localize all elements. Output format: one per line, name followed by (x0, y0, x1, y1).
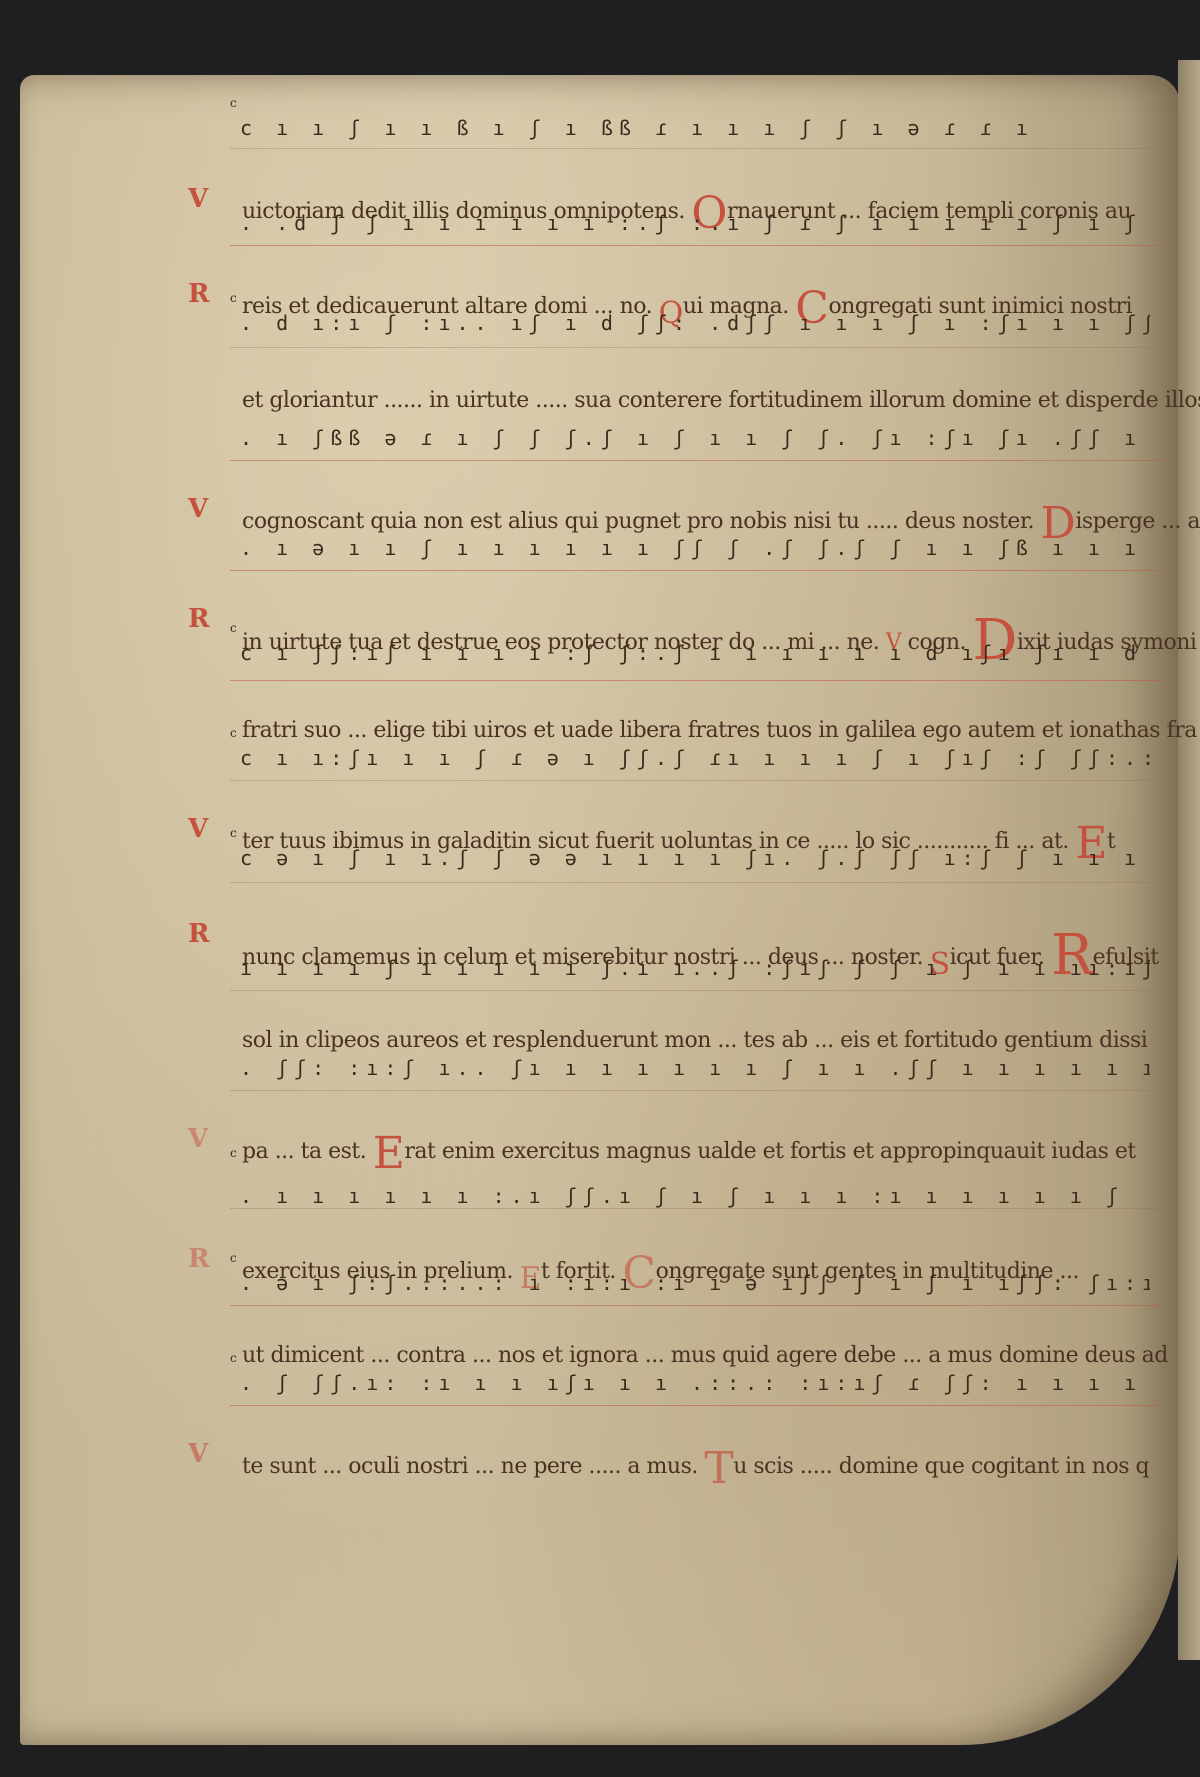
neume-row: . ı ə ı ı ʃ ı ı ı ı ı ı ʃʃ ʃ .ʃ ʃ.ʃ ʃ ı … (240, 536, 1150, 560)
staff-line (230, 347, 1160, 348)
staff-line (230, 148, 1160, 149)
chant-block-1: c c ı ı ʃ ı ı ß ı ʃ ı ßß ɾ ı ı ı ʃ ʃ ı ə… (200, 110, 1160, 220)
clef-c: c (230, 621, 237, 635)
neume-row: c ə ı ʃ ı ı.ʃ ʃ ə ə ı ı ı ı ʃı. ʃ.ʃ ʃʃ ı… (240, 846, 1150, 870)
chant-text-line: R nunc clamemus in celum et miserebitur … (200, 915, 1160, 955)
neume-staff: c c ı ı:ʃı ı ı ʃ ɾ ə ı ʃʃ.ʃ ɾı ı ı ı ʃ ı… (200, 740, 1160, 810)
chant-block-6: c c ı ʃʃ:ıʃ ı ı ı ı :ʃ ʃ:.ʃ ı ı ı ı ı ı … (200, 635, 1160, 750)
neume-staff: c c ı ı ʃ ı ı ß ı ʃ ı ßß ɾ ı ı ı ʃ ʃ ı ə… (200, 110, 1160, 180)
neume-row: c ı ı:ʃı ı ı ʃ ɾ ə ı ʃʃ.ʃ ɾı ı ı ı ʃ ı ʃ… (240, 746, 1150, 770)
chant-block-8: c c ə ı ʃ ı ı.ʃ ʃ ə ə ı ı ı ı ʃı. ʃ.ʃ ʃʃ… (200, 840, 1160, 955)
neume-staff: c . ʃ ʃʃ.ı: :ı ı ı ıʃı ı ı .::.: :ı:ıʃ ɾ… (200, 1365, 1160, 1435)
versicle-marker: V (188, 1124, 208, 1154)
chant-block-10: . ʃʃ: :ı:ʃ ı.. ʃı ı ı ı ı ı ı ʃ ı ı .ʃʃ … (200, 1050, 1160, 1160)
chant-block-9: ı ı ı ı ʃ ı ı ı ı ı ʃ.ı ı..ʃ :ʃıʃ ʃ ʃ ı … (200, 950, 1160, 1060)
staff-line (230, 460, 1160, 461)
neume-staff: . ı ʃßß ə ɾ ı ʃ ʃ ʃ.ʃ ı ʃ ı ı ʃ ʃ. ʃı :ʃ… (200, 420, 1160, 490)
staff-line (230, 1405, 1160, 1406)
clef-c: c (230, 826, 237, 840)
clef-c: c (230, 1146, 237, 1160)
neume-staff: c . ı ı ı ı ı ı :.ı ʃʃ.ı ʃ ı ʃ ı ı ı :ı … (200, 1160, 1160, 1240)
chant-block-2: . .d ʃ ʃ ı ı ı ı ı ı :.ʃ :.ı ʃ ɾ ʃ ı ı ı… (200, 205, 1160, 315)
chant-block-11: c . ı ı ı ı ı ı :.ı ʃʃ.ı ʃ ı ʃ ı ı ı :ı … (200, 1160, 1160, 1280)
neume-staff: c . ə ı ʃ:ʃ..:..: ı :ı:ı :ı ı ə ıʃʃ ʃ ı … (200, 1265, 1160, 1335)
chant-block-7: c c ı ı:ʃı ı ı ʃ ɾ ə ı ʃʃ.ʃ ɾı ı ı ı ʃ ı… (200, 740, 1160, 850)
neume-staff: . ı ə ı ı ʃ ı ı ı ı ı ı ʃʃ ʃ .ʃ ʃ.ʃ ʃ ı … (200, 530, 1160, 600)
neume-staff: c c ə ı ʃ ı ı.ʃ ʃ ə ə ı ı ı ı ʃı. ʃ.ʃ ʃʃ… (200, 840, 1160, 915)
neume-row: ı ı ı ı ʃ ı ı ı ı ı ʃ.ı ı..ʃ :ʃıʃ ʃ ʃ ı … (240, 956, 1150, 980)
staff-line (230, 1090, 1160, 1091)
neume-staff: ı ı ı ı ʃ ı ı ı ı ı ʃ.ı ı..ʃ :ʃıʃ ʃ ʃ ı … (200, 950, 1160, 1020)
neume-row: . ı ı ı ı ı ı :.ı ʃʃ.ı ʃ ı ʃ ı ı ı :ı ı … (240, 1184, 1150, 1208)
staff-line (230, 680, 1160, 681)
chant-block-4: . ı ʃßß ə ɾ ı ʃ ʃ ʃ.ʃ ı ʃ ı ı ʃ ʃ. ʃı :ʃ… (200, 420, 1160, 530)
neume-row: c ı ı ʃ ı ı ß ı ʃ ı ßß ɾ ı ı ı ʃ ʃ ı ə ɾ… (240, 116, 1150, 140)
facing-page-edge (1178, 60, 1200, 1660)
neume-row: . ı ʃßß ə ɾ ı ʃ ʃ ʃ.ʃ ı ʃ ı ı ʃ ʃ. ʃı :ʃ… (240, 426, 1150, 450)
chant-text-line: V cognoscant quia non est alius qui pugn… (200, 490, 1160, 530)
chant-text-line: R in uirtute tua et destrue eos protecto… (200, 600, 1160, 640)
clef-c: c (230, 1251, 237, 1265)
versicle-marker: V (188, 1439, 208, 1469)
neume-staff: c . d ı:ı ʃ :ı.. ıʃ ı d ʃʃ: .dʃʃ ı ı ı ʃ… (200, 305, 1160, 380)
chant-text: et gloriantur ...... in uirtute ..... su… (242, 388, 1200, 413)
staff-line (230, 780, 1160, 781)
chant-text-line: V pa ... ta est. Erat enim exercitus mag… (200, 1120, 1160, 1160)
rubricated-initial: T (704, 1443, 733, 1494)
neume-row: . ə ı ʃ:ʃ..:..: ı :ı:ı :ı ı ə ıʃʃ ʃ ı ʃ … (240, 1271, 1150, 1295)
staff-line (230, 1208, 1160, 1209)
staff-line (230, 245, 1160, 246)
chant-text-line: et gloriantur ...... in uirtute ..... su… (200, 380, 1160, 420)
neume-row: c ı ʃʃ:ıʃ ı ı ı ı :ʃ ʃ:.ʃ ı ı ı ı ı ı d … (240, 641, 1150, 665)
staff-line (230, 882, 1160, 883)
chant-block-13: c . ʃ ʃʃ.ı: :ı ı ı ıʃı ı ı .::.: :ı:ıʃ ɾ… (200, 1365, 1160, 1475)
clef-c: c (230, 1351, 237, 1365)
neume-staff: c c ı ʃʃ:ıʃ ı ı ı ı :ʃ ʃ:.ʃ ı ı ı ı ı ı … (200, 635, 1160, 710)
neume-staff: . ʃʃ: :ı:ʃ ı.. ʃı ı ı ı ı ı ı ʃ ı ı .ʃʃ … (200, 1050, 1160, 1120)
chant-text: te sunt ... oculi nostri ... ne pere ...… (242, 1454, 698, 1479)
staff-line (230, 990, 1160, 991)
staff-line (230, 1305, 1160, 1306)
staff-line (230, 570, 1160, 571)
chant-block-5: . ı ə ı ı ʃ ı ı ı ı ı ı ʃʃ ʃ .ʃ ʃ.ʃ ʃ ı … (200, 530, 1160, 640)
response-marker: R (188, 919, 209, 949)
neume-row: . ʃʃ: :ı:ʃ ı.. ʃı ı ı ı ı ı ı ʃ ı ı .ʃʃ … (240, 1056, 1150, 1080)
clef-c: c (230, 726, 237, 740)
clef-c: c (230, 96, 237, 110)
neume-row: . .d ʃ ʃ ı ı ı ı ı ı :.ʃ :.ı ʃ ɾ ʃ ı ı ı… (240, 211, 1150, 235)
neume-row: . d ı:ı ʃ :ı.. ıʃ ı d ʃʃ: .dʃʃ ı ı ı ʃ ı… (240, 311, 1150, 335)
chant-block-12: c . ə ı ʃ:ʃ..:..: ı :ı:ı :ı ı ə ıʃʃ ʃ ı … (200, 1265, 1160, 1375)
chant-text: u scis ..... domine que cogitant in nos … (733, 1454, 1149, 1479)
chant-block-3: c . d ı:ı ʃ :ı.. ıʃ ı d ʃʃ: .dʃʃ ı ı ı ʃ… (200, 305, 1160, 420)
versicle-marker: V (188, 494, 208, 524)
chant-text-line: V te sunt ... oculi nostri ... ne pere .… (200, 1435, 1160, 1475)
clef-c: c (230, 291, 237, 305)
neume-row: . ʃ ʃʃ.ı: :ı ı ı ıʃı ı ı .::.: :ı:ıʃ ɾ ʃ… (240, 1371, 1150, 1395)
neume-staff: . .d ʃ ʃ ı ı ı ı ı ı :.ʃ :.ı ʃ ɾ ʃ ı ı ı… (200, 205, 1160, 275)
response-marker: R (188, 604, 209, 634)
